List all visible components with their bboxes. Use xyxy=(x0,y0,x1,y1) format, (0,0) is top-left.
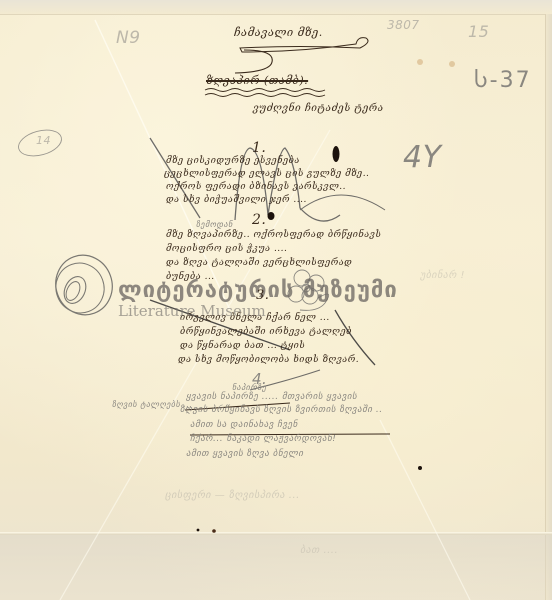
stanza-1-line: მზე ცისკიდურზე ესვენება xyxy=(166,156,300,166)
stanza-3-line: და სხვ მოწყობილობა ხიდს ზღვარ. xyxy=(178,355,359,365)
stanza-2-line: და ზღვა ტალღაში ვერცხლისფერად xyxy=(166,258,352,268)
shelf-mark: Ⴑ-37 xyxy=(474,68,532,93)
stanza-2-correction: ზემოდან xyxy=(196,220,233,229)
archive-mark-top-left: N9 xyxy=(116,28,141,48)
stanza-2-line: მზე ზღვაპირზე.. ოქროსფერად ბრწყინავს xyxy=(166,230,381,240)
stanza-1-number: 1. xyxy=(252,140,266,156)
stanza-1-line: ოქროს ფერადი ბზინავს ვარსკვლ.. xyxy=(166,182,346,192)
stanza-2-line: მოცისფრო ცის ჭკუა .... xyxy=(166,244,287,254)
stanza-4-line: ამით ყვავის ზღვა ბნელი xyxy=(186,449,303,459)
archive-number: 3807 xyxy=(387,18,420,32)
struck-title: ზღვაპირ (თამბ). xyxy=(206,74,308,87)
stanza-4-line: ზღვის ბრწყინავს ზღვის ზვირთის ზღვაში .. xyxy=(180,405,383,415)
manuscript-page: N9 3807 15 Ⴑ-37 14 4Y ჩამავალი მზე. ზღვა… xyxy=(0,0,552,600)
stanza-4-line: ყვავის ნაპირზე ..... მთვარის ყვავის xyxy=(186,392,357,402)
stanza-3-line: და წყნარად ბათ ... ტყის xyxy=(180,341,305,351)
stanza-1-line: და სხვ ბიჭუაშვილი ჯერ .... xyxy=(166,195,307,205)
margin-pencil-mark: 4Y xyxy=(403,140,441,175)
stanza-3-line: ბრწყინვალებაში ირხევა ტალღებ xyxy=(180,327,352,337)
bleedthrough-text: ცისფერი — ზღვისპირა ... xyxy=(165,490,300,501)
bleedthrough-text: ბათ .... xyxy=(300,545,338,556)
stanza-4-line: ჩქარ... ნაკადი ლაჟვარდოვან! xyxy=(190,434,336,444)
bleedthrough-text: უბინარ ! xyxy=(420,270,465,281)
stanza-3-number: 3. xyxy=(256,288,269,303)
stanza-1-line: ცეცხლისფერად ელავს ცის გულზე მზე.. xyxy=(164,169,369,179)
stanza-4-correction: ნაპირზე xyxy=(232,383,266,392)
stanza-2-number: 2. xyxy=(252,212,266,228)
stanza-4-line: ამით სა დაინახავ ჩვენ xyxy=(190,420,298,430)
archive-mark-extra: 15 xyxy=(468,22,489,41)
dedication: ვუძღვნი ჩიტაძეს ტერა xyxy=(253,103,384,114)
stanza-3-line: ირგვლივ ბნელა ჩქარ ნელ ... xyxy=(180,313,330,323)
manuscript-title: ჩამავალი მზე. xyxy=(234,26,323,39)
circled-page-number: 14 xyxy=(36,134,51,147)
